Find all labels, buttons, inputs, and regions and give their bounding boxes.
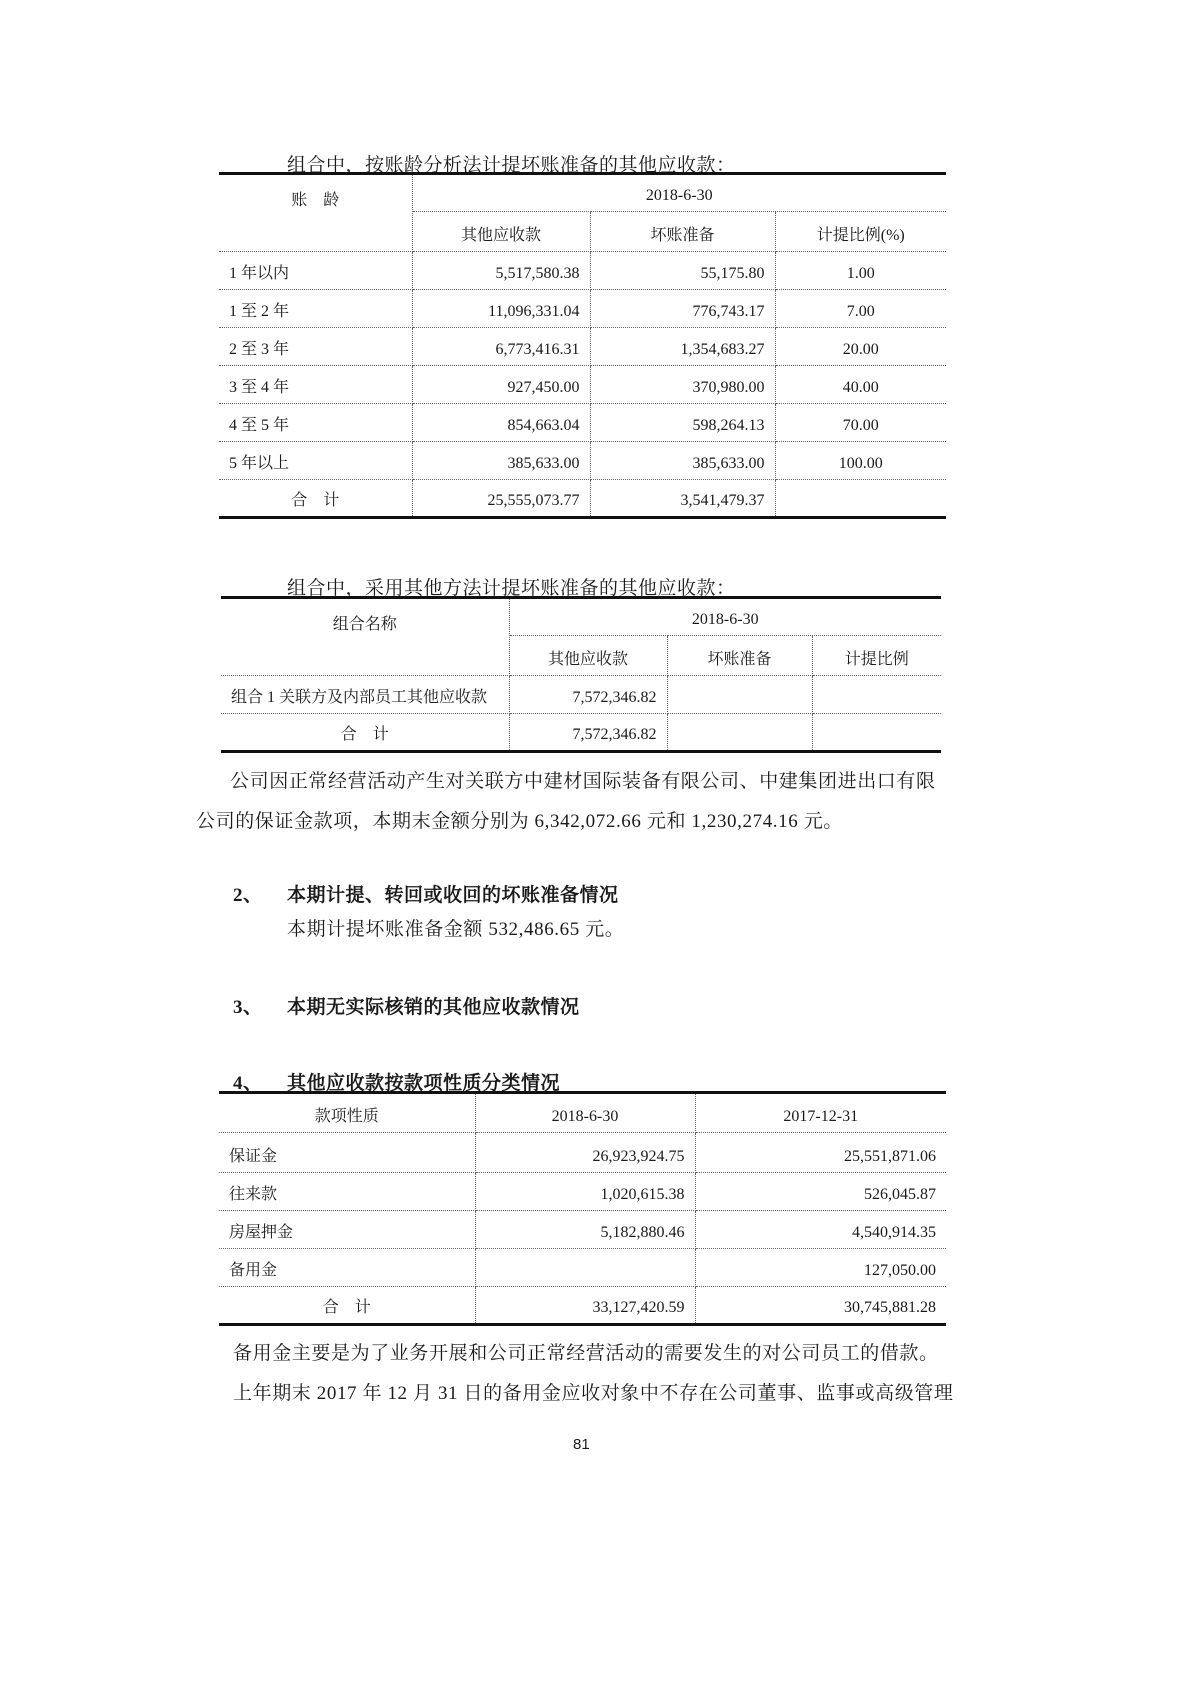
cell-ratio: 7.00 [775,290,946,328]
cell-ratio: 40.00 [775,366,946,404]
paragraph-line: 公司因正常经营活动产生对关联方中建材国际装备有限公司、中建集团进出口有限 [230,762,936,802]
row-label: 5 年以上 [219,442,412,480]
row-label: 备用金 [219,1249,475,1287]
total-label: 合 计 [219,1287,475,1325]
table-row: 1 年以内 5,517,580.38 55,175.80 1.00 [219,252,946,290]
cell-prior: 526,045.87 [695,1173,946,1211]
table-row: 3 至 4 年 927,450.00 370,980.00 40.00 [219,366,946,404]
cell-provision: 1,354,683.27 [590,328,775,366]
table-row: 4 至 5 年 854,663.04 598,264.13 70.00 [219,404,946,442]
header-current: 2018-6-30 [475,1093,695,1133]
row-label: 1 年以内 [219,252,412,290]
row-label: 2 至 3 年 [219,328,412,366]
table-row: 2 至 3 年 6,773,416.31 1,354,683.27 20.00 [219,328,946,366]
cell-provision: 385,633.00 [590,442,775,480]
total-label: 合 计 [219,480,412,518]
header-ratio: 计提比例(%) [775,212,946,252]
cell-provision: 55,175.80 [590,252,775,290]
cell-ratio: 70.00 [775,404,946,442]
cell-prior: 4,540,914.35 [695,1211,946,1249]
table-row: 往来款 1,020,615.38 526,045.87 [219,1173,946,1211]
total-provision [667,714,812,752]
total-label: 合 计 [221,714,509,752]
header-prior: 2017-12-31 [695,1093,946,1133]
total-provision: 3,541,479.37 [590,480,775,518]
section-3-number: 3、 [233,992,263,1019]
cell-ratio: 100.00 [775,442,946,480]
header-aging: 账 龄 [219,174,412,252]
cell-ratio: 1.00 [775,252,946,290]
cell-prior: 127,050.00 [695,1249,946,1287]
section-2-number: 2、 [233,880,263,907]
table-row: 保证金 26,923,924.75 25,551,871.06 [219,1133,946,1173]
page-number: 81 [573,1436,590,1453]
related-party-paragraph: 公司因正常经营活动产生对关联方中建材国际装备有限公司、中建集团进出口有限 公司的… [230,762,936,842]
total-current: 33,127,420.59 [475,1287,695,1325]
row-label: 组合 1 关联方及内部员工其他应收款 [221,676,509,714]
cell-current [475,1249,695,1287]
paragraph-line: 上年期末 2017 年 12 月 31 日的备用金应收对象中不存在公司董事、监事… [233,1374,954,1414]
section-2-body: 本期计提坏账准备金额 532,486.65 元。 [287,910,624,950]
total-ratio [775,480,946,518]
header-group-name: 组合名称 [221,598,509,676]
header-date: 2018-6-30 [412,174,946,212]
cell-provision: 776,743.17 [590,290,775,328]
table-row: 5 年以上 385,633.00 385,633.00 100.00 [219,442,946,480]
total-receivable: 25,555,073.77 [412,480,590,518]
row-label: 1 至 2 年 [219,290,412,328]
cell-receivable: 854,663.04 [412,404,590,442]
cell-ratio [812,676,941,714]
cell-receivable: 6,773,416.31 [412,328,590,366]
cell-receivable: 5,517,580.38 [412,252,590,290]
row-label: 房屋押金 [219,1211,475,1249]
header-nature: 款项性质 [219,1093,475,1133]
cell-provision: 370,980.00 [590,366,775,404]
cell-ratio: 20.00 [775,328,946,366]
cell-provision [667,676,812,714]
cell-receivable: 11,096,331.04 [412,290,590,328]
cell-receivable: 7,572,346.82 [509,676,667,714]
row-label: 4 至 5 年 [219,404,412,442]
total-row: 合 计 33,127,420.59 30,745,881.28 [219,1287,946,1325]
cell-prior: 25,551,871.06 [695,1133,946,1173]
paragraph-line: 备用金主要是为了业务开展和公司正常经营活动的需要发生的对公司员工的借款。 [233,1334,954,1374]
table-row: 组合 1 关联方及内部员工其他应收款 7,572,346.82 [221,676,941,714]
section-2-title: 本期计提、转回或收回的坏账准备情况 [287,880,619,907]
header-receivable: 其他应收款 [412,212,590,252]
total-row: 合 计 7,572,346.82 [221,714,941,752]
header-ratio: 计提比例 [812,636,941,676]
cell-provision: 598,264.13 [590,404,775,442]
header-receivable: 其他应收款 [509,636,667,676]
cell-current: 5,182,880.46 [475,1211,695,1249]
cell-receivable: 927,450.00 [412,366,590,404]
receivable-nature-table: 款项性质 2018-6-30 2017-12-31 保证金 26,923,924… [219,1091,946,1326]
header-provision: 坏账准备 [667,636,812,676]
row-label: 保证金 [219,1133,475,1173]
cell-receivable: 385,633.00 [412,442,590,480]
petty-cash-paragraph: 备用金主要是为了业务开展和公司正常经营活动的需要发生的对公司员工的借款。 上年期… [233,1334,954,1414]
other-method-provision-table: 组合名称 2018-6-30 其他应收款 坏账准备 计提比例 组合 1 关联方及… [221,596,941,753]
section-3-title: 本期无实际核销的其他应收款情况 [287,992,580,1019]
table-row: 1 至 2 年 11,096,331.04 776,743.17 7.00 [219,290,946,328]
paragraph-line: 公司的保证金款项，本期末金额分别为 6,342,072.66 元和 1,230,… [196,802,936,842]
cell-current: 1,020,615.38 [475,1173,695,1211]
total-row: 合 计 25,555,073.77 3,541,479.37 [219,480,946,518]
table-row: 房屋押金 5,182,880.46 4,540,914.35 [219,1211,946,1249]
header-date: 2018-6-30 [509,598,941,636]
header-provision: 坏账准备 [590,212,775,252]
total-prior: 30,745,881.28 [695,1287,946,1325]
cell-current: 26,923,924.75 [475,1133,695,1173]
total-receivable: 7,572,346.82 [509,714,667,752]
row-label: 3 至 4 年 [219,366,412,404]
row-label: 往来款 [219,1173,475,1211]
total-ratio [812,714,941,752]
aging-provision-table: 账 龄 2018-6-30 其他应收款 坏账准备 计提比例(%) 1 年以内 5… [219,172,946,519]
table-row: 备用金 127,050.00 [219,1249,946,1287]
